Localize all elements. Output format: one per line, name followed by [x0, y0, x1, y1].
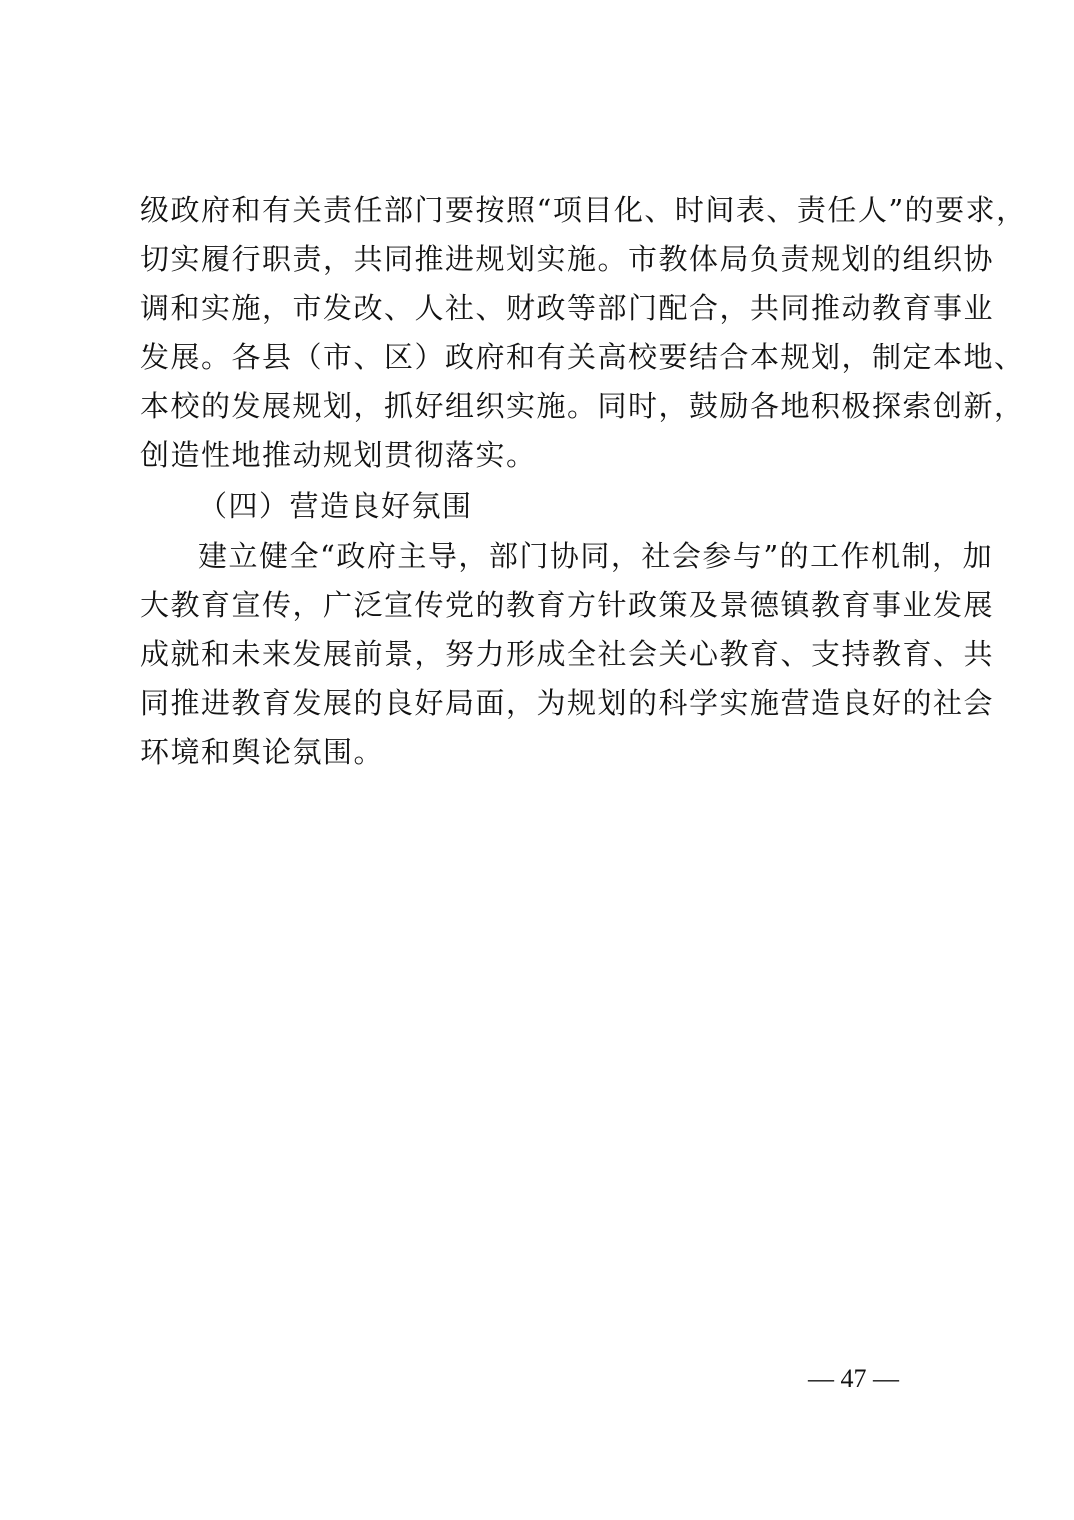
text-line: 切实履行职责，共同推进规划实施。市教体局负责规划的组织协	[140, 235, 940, 284]
document-page: 级政府和有关责任部门要按照“项目化、时间表、责任人”的要求， 切实履行职责，共同…	[0, 0, 1074, 1520]
text-line: 级政府和有关责任部门要按照“项目化、时间表、责任人”的要求，	[140, 186, 940, 235]
text-line: 环境和舆论氛围。	[140, 728, 940, 777]
text-line: 创造性地推动规划贯彻落实。	[140, 431, 940, 480]
text-line: 建立健全“政府主导，部门协同，社会参与”的工作机制，加	[140, 532, 940, 581]
page-number: — 47 —	[808, 1362, 899, 1396]
text-line: 成就和未来发展前景，努力形成全社会关心教育、支持教育、共	[140, 630, 940, 679]
text-line: 发展。各县（市、区）政府和有关高校要结合本规划，制定本地、	[140, 333, 940, 382]
paragraph-atmosphere: 建立健全“政府主导，部门协同，社会参与”的工作机制，加 大教育宣传，广泛宣传党的…	[140, 532, 940, 777]
section-heading: （四）营造良好氛围	[140, 480, 940, 532]
document-body: 级政府和有关责任部门要按照“项目化、时间表、责任人”的要求， 切实履行职责，共同…	[140, 186, 940, 777]
text-line: 同推进教育发展的良好局面，为规划的科学实施营造良好的社会	[140, 679, 940, 728]
text-line: 本校的发展规划，抓好组织实施。同时，鼓励各地积极探索创新，	[140, 382, 940, 431]
paragraph-continuation: 级政府和有关责任部门要按照“项目化、时间表、责任人”的要求， 切实履行职责，共同…	[140, 186, 940, 480]
text-line: 大教育宣传，广泛宣传党的教育方针政策及景德镇教育事业发展	[140, 581, 940, 630]
text-line: 调和实施，市发改、人社、财政等部门配合，共同推动教育事业	[140, 284, 940, 333]
